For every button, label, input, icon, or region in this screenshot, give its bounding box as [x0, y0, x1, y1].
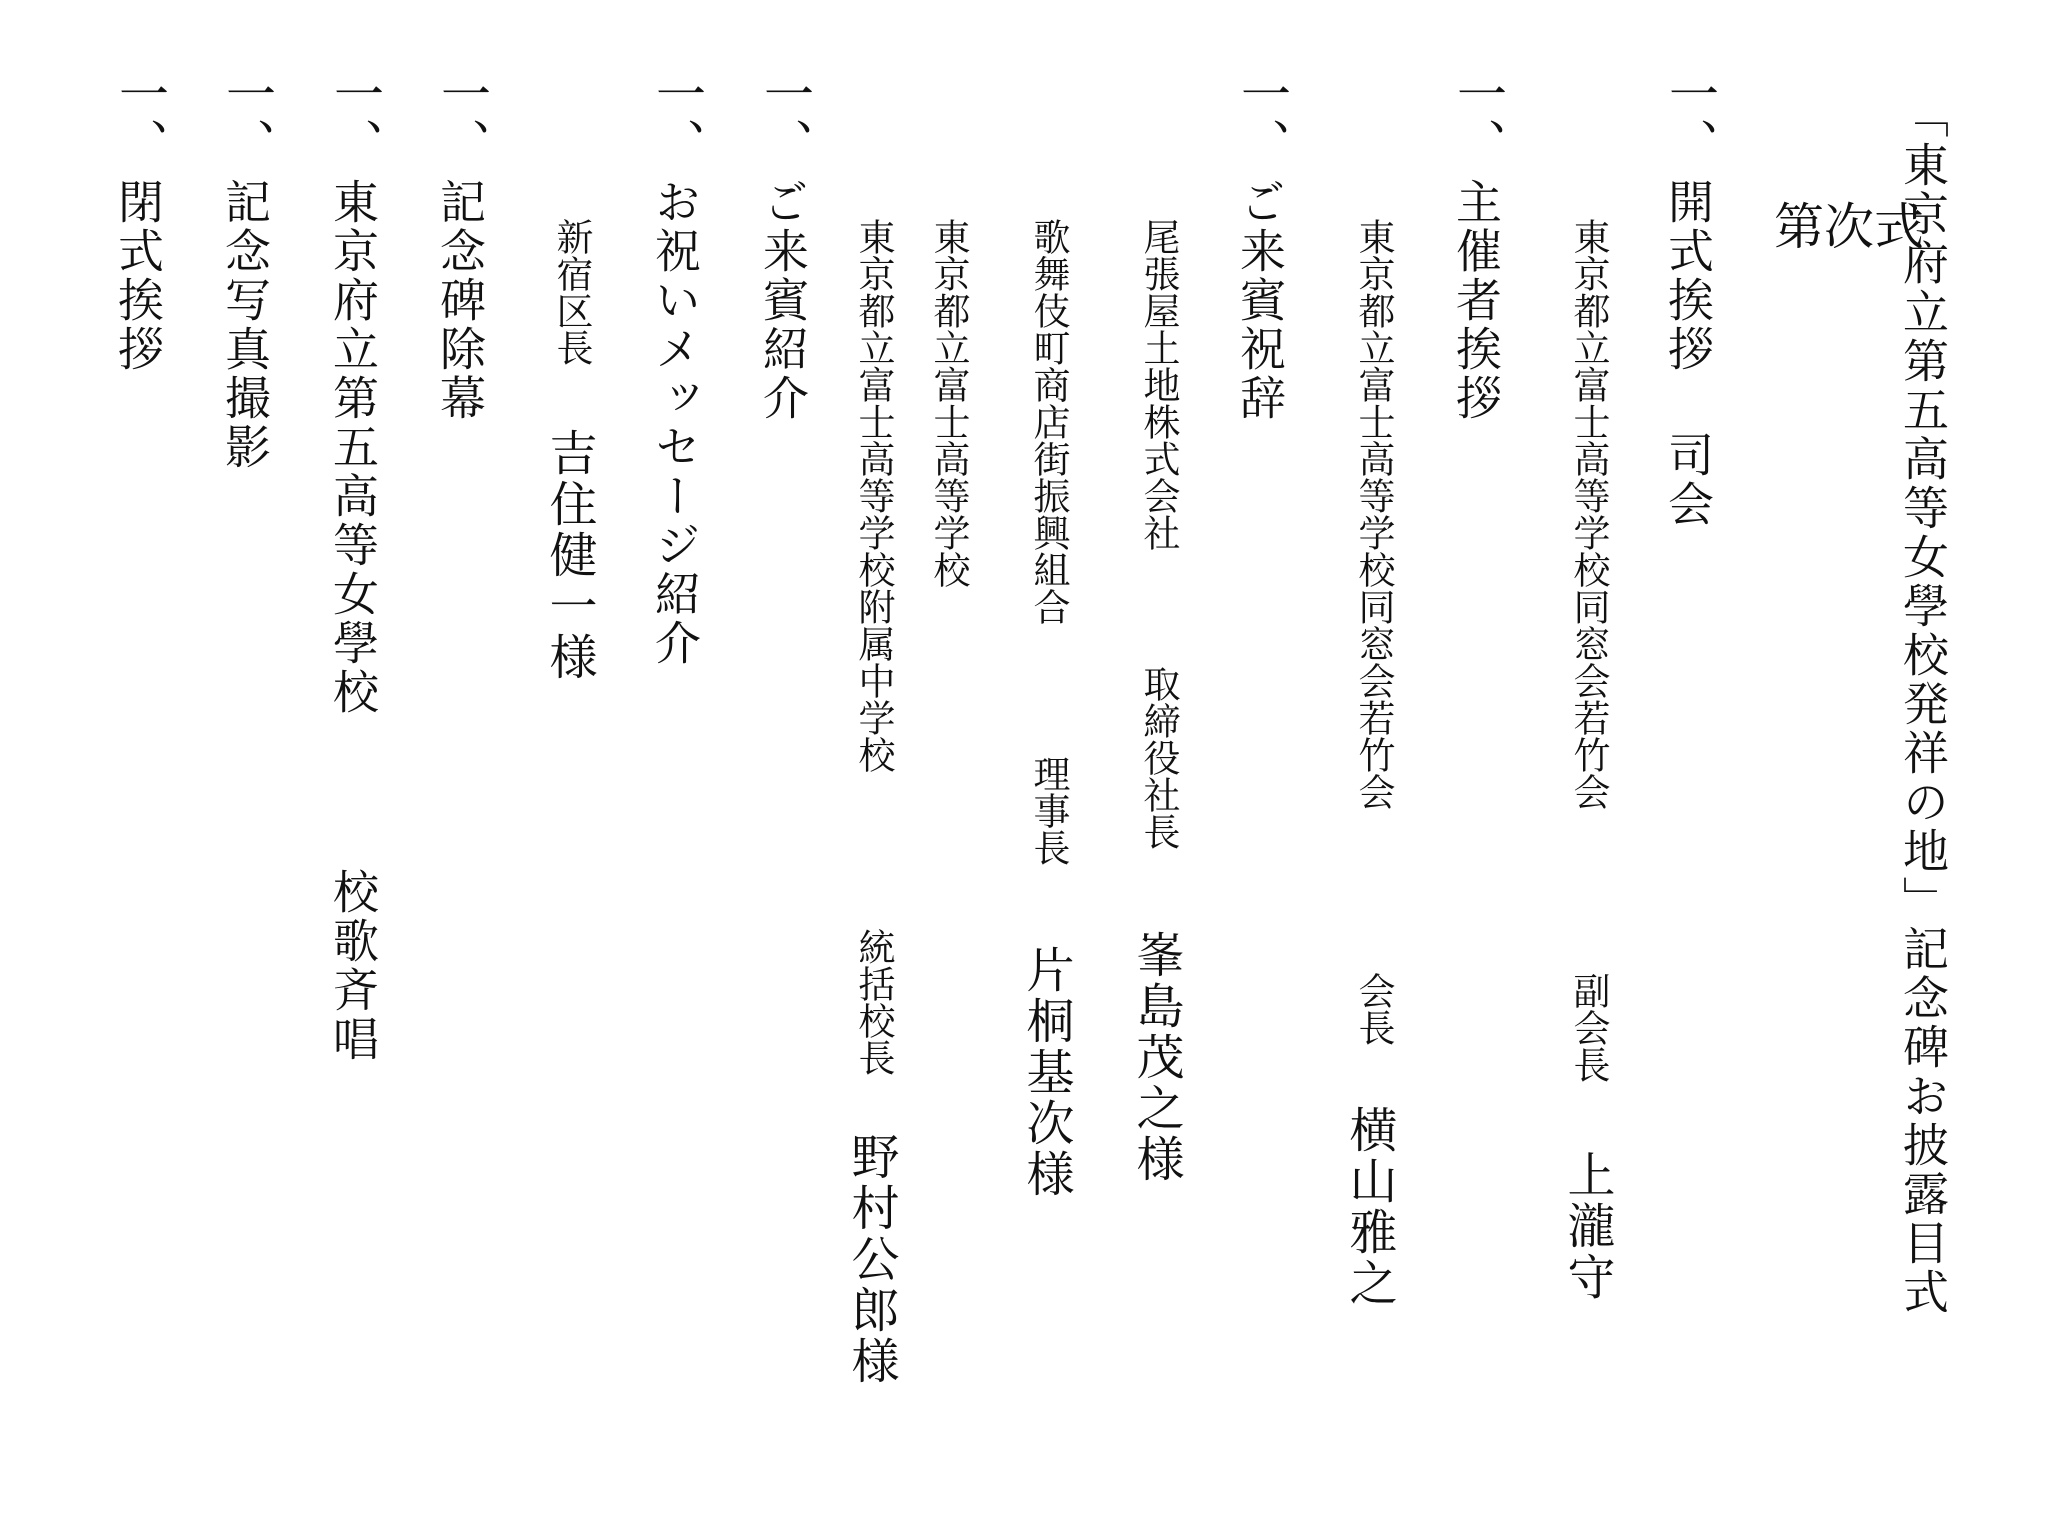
item-5-role: 新宿区長	[553, 218, 590, 366]
item-8-label: 記念写真撮影	[222, 178, 268, 472]
heading-char-2: 次	[1820, 200, 1870, 300]
program-heading: 式 次 第	[1770, 200, 1920, 300]
guest-2-person: 片桐基次様	[1022, 945, 1070, 1200]
heading-char-3: 第	[1770, 200, 1820, 300]
item-1-person: 上瀧守	[1563, 1150, 1611, 1303]
item-marker: 一、	[222, 68, 272, 168]
item-marker: 一、	[330, 68, 380, 168]
item-7-suffix: 校歌斉唱	[330, 868, 376, 1064]
guest-1-person: 峯島茂之様	[1132, 930, 1180, 1185]
guest-3-role: 統括校長	[855, 928, 892, 1076]
heading-char-1: 式	[1870, 200, 1920, 300]
guest-1-org: 尾張屋土地株式会社	[1140, 218, 1177, 551]
guest-1-role: 取締役社長	[1140, 665, 1177, 850]
item-1-label: 開式挨拶 司会	[1665, 178, 1711, 529]
item-5-person: 吉住健一様	[545, 428, 593, 683]
item-marker: 一、	[760, 68, 810, 168]
item-marker: 一、	[652, 68, 702, 168]
item-2-label: 主催者挨拶	[1453, 178, 1499, 423]
guest-3-org-2: 東京都立富士高等学校附属中学校	[855, 218, 892, 773]
guest-3-person: 野村公郎様	[847, 1132, 895, 1387]
item-2-person: 横山雅之	[1345, 1105, 1393, 1309]
item-1-org: 東京都立富士高等学校同窓会若竹会	[1570, 218, 1607, 810]
item-marker: 一、	[437, 68, 487, 168]
guest-3-org: 東京都立富士高等学校	[930, 218, 967, 588]
item-7-label: 東京府立第五高等女學校	[330, 178, 376, 717]
item-4-label: ご来賓紹介	[760, 178, 806, 423]
item-2-org: 東京都立富士高等学校同窓会若竹会	[1355, 218, 1392, 810]
guest-2-role: 理事長	[1030, 755, 1067, 866]
item-2-role: 会長	[1355, 972, 1392, 1046]
item-marker: 一、	[1237, 68, 1287, 168]
ceremony-program-page: 「東京府立第五高等女學校発祥の地」記念碑お披露目式 式 次 第 一、 開式挨拶 …	[0, 0, 2048, 1517]
item-marker: 一、	[1665, 68, 1715, 168]
item-1-role: 副会長	[1570, 972, 1607, 1083]
item-3-label: ご来賓祝辞	[1237, 178, 1283, 423]
guest-2-org: 歌舞伎町商店街振興組合	[1030, 218, 1067, 625]
item-marker: 一、	[115, 68, 165, 168]
item-5-label: お祝いメッセージ紹介	[652, 178, 698, 668]
item-marker: 一、	[1453, 68, 1503, 168]
item-9-label: 閉式挨拶	[115, 178, 161, 374]
item-6-label: 記念碑除幕	[437, 178, 483, 423]
